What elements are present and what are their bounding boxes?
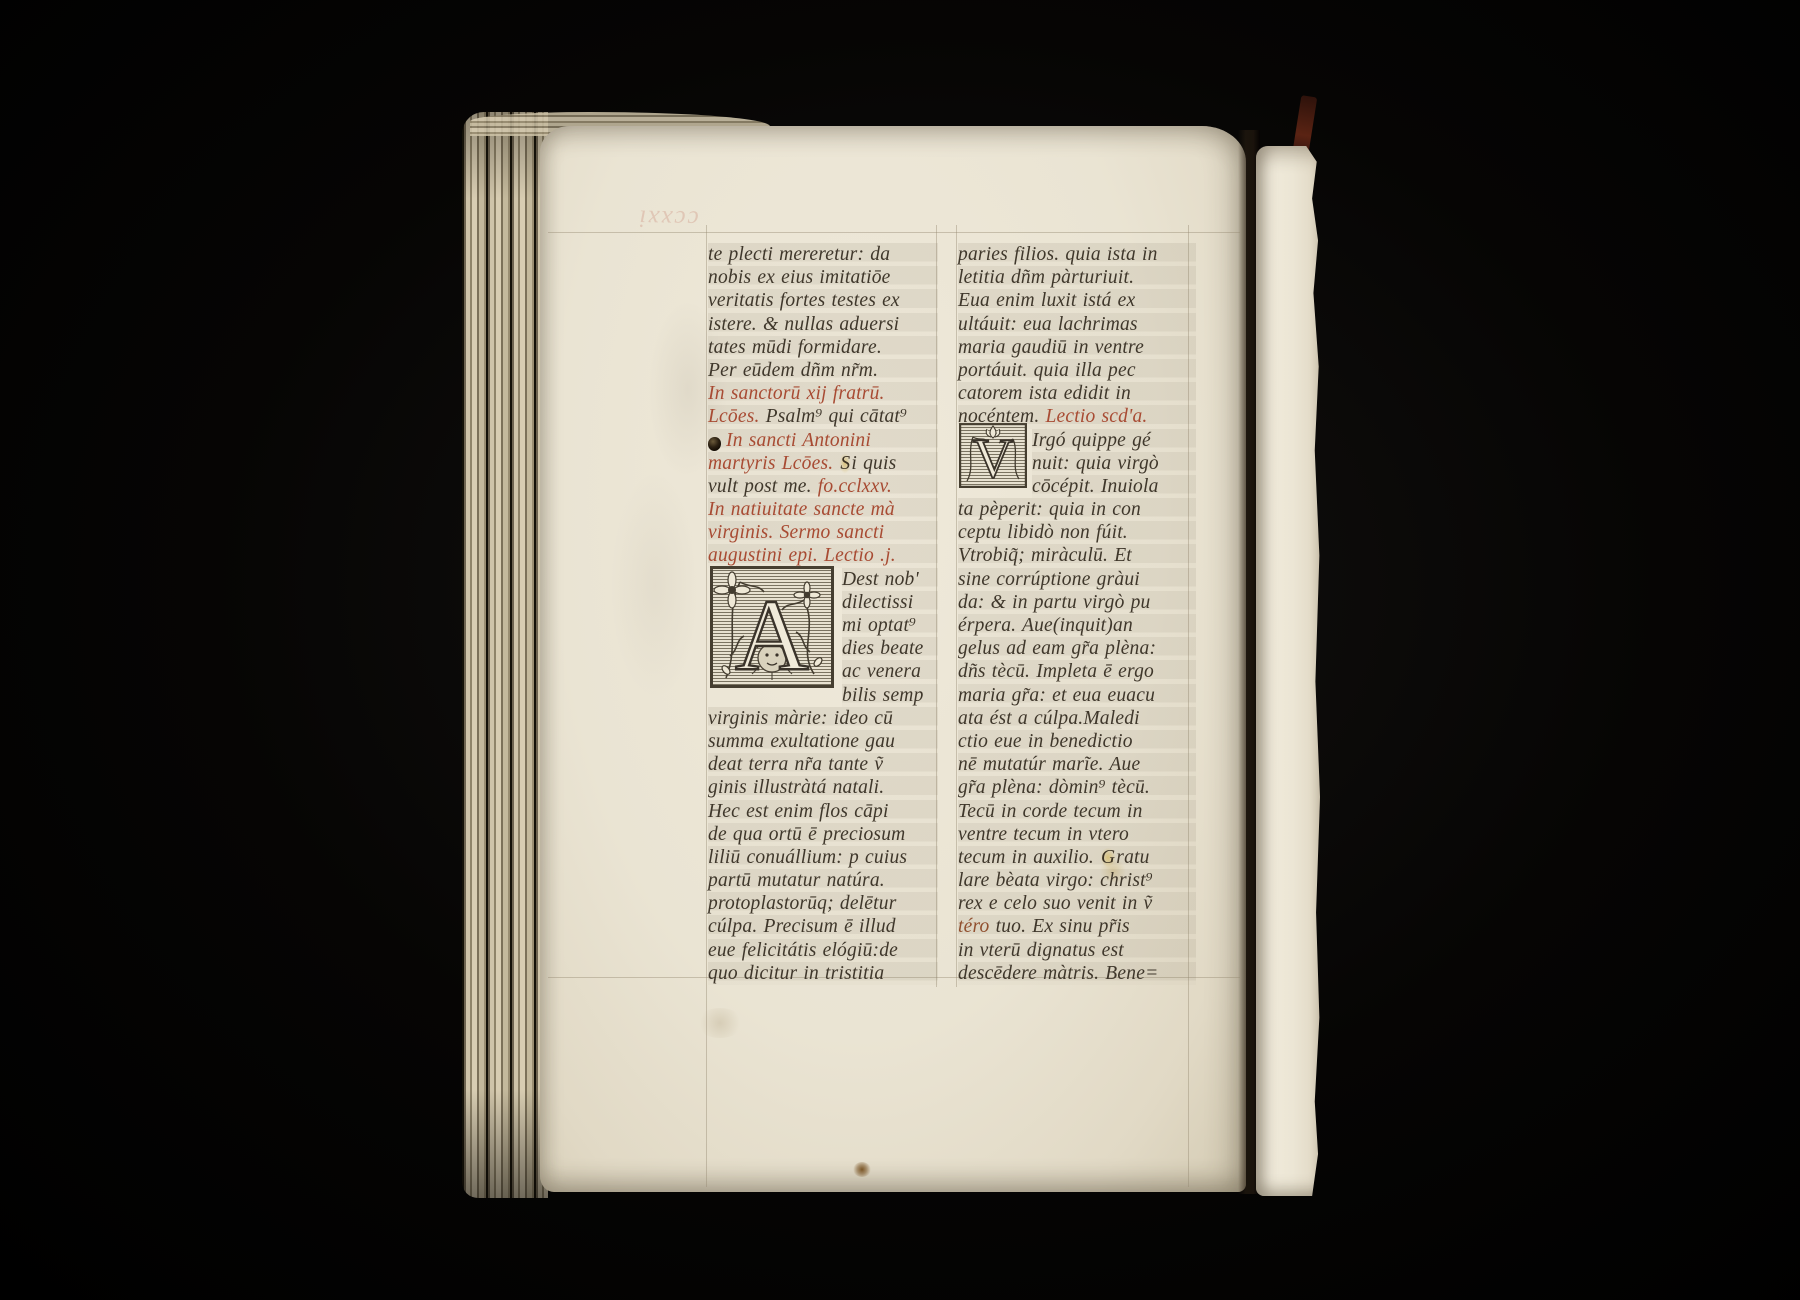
text-line: Lcōes. Psalm⁹ qui cātat⁹ — [708, 405, 938, 428]
text-line: descēdere màtris. Bene= — [958, 962, 1196, 985]
text-line: Tecū in corde tecum in — [958, 800, 1196, 823]
text-line: ta pèperit: quia in con — [958, 498, 1196, 521]
text-line: istere. & nullas aduersi — [708, 313, 938, 336]
text-segment: in vterū dignatus est — [958, 940, 1124, 961]
text-segment: In sanctorū xij fratrū. — [708, 383, 885, 404]
text-line: ultáuit: eua lachrimas — [958, 313, 1196, 336]
text-line: Hec est enim flos cāpi — [708, 800, 938, 823]
text-line: maria gaudiū in ventre — [958, 336, 1196, 359]
text-segment: Irgó quippe gé — [1032, 430, 1151, 451]
text-segment: nocéntem. — [958, 406, 1045, 427]
paragraph-mark: ¶ — [708, 437, 721, 451]
text-line: liliū conuállium: p cuius — [708, 846, 938, 869]
text-segment: liliū conuállium: p cuius — [708, 847, 907, 868]
text-line: érpera. Aue(inquit)an — [958, 614, 1196, 637]
page-stack-edges — [462, 112, 548, 1198]
text-segment: letitia dñm pàrturiuit. — [958, 267, 1134, 288]
text-segment: rex e celo suo venit in ṽ — [958, 893, 1152, 914]
ink-stain — [853, 1162, 871, 1177]
text-segment: ginis illustràtá natali. — [708, 777, 884, 798]
text-segment: Lcōes. — [708, 406, 766, 427]
text-line: portáuit. quia illa pec — [958, 359, 1196, 382]
text-segment: istere. & nullas aduersi — [708, 314, 899, 335]
text-segment: téro — [958, 916, 990, 937]
text-line: ctio eue in benedictio — [958, 730, 1196, 753]
text-segment: summa exultatione gau — [708, 731, 895, 752]
text-line: summa exultatione gau — [708, 730, 938, 753]
text-line: deat terra nr̃a tante ṽ — [708, 753, 938, 776]
text-line: vult post me. fo.cclxxv. — [708, 475, 938, 498]
text-segment: cōcépit. Inuiola — [1032, 476, 1159, 497]
text-segment: partū mutatur natúra. — [708, 870, 885, 891]
text-segment: paries filios. quia ista in — [958, 244, 1158, 265]
text-column-right: paries filios. quia ista inletitia dñm p… — [958, 243, 1196, 985]
text-segment: ultáuit: eua lachrimas — [958, 314, 1138, 335]
text-line: virginis màrie: ideo cū — [708, 707, 938, 730]
text-segment: augustini epi. Lectio .j. — [708, 545, 896, 566]
text-segment: de qua ortū ē preciosum — [708, 824, 905, 845]
text-line: mi optat⁹ — [842, 614, 938, 637]
text-segment: bilis semp — [842, 685, 924, 706]
text-segment: ratu — [1116, 847, 1149, 868]
next-page-fore-edge — [1256, 146, 1322, 1196]
text-line: ac venera — [842, 660, 938, 683]
text-segment: maria gr̃a: et eua euacu — [958, 685, 1155, 706]
text-segment: dñs tècū. Impleta ē ergo — [958, 661, 1154, 682]
text-segment: virginis màrie: ideo cū — [708, 708, 893, 729]
text-line: maria gr̃a: et eua euacu — [958, 684, 1196, 707]
text-segment: eue felicitátis elógiū:de — [708, 940, 898, 961]
text-segment: In natiuitate sancte mà — [708, 499, 895, 520]
text-line: rex e celo suo venit in ṽ — [958, 892, 1196, 915]
text-line: quo dicitur in tristitia — [708, 962, 938, 985]
text-line: Irgó quippe gé — [1032, 429, 1196, 452]
text-line: dilectissi — [842, 591, 938, 614]
text-line: te plecti mereretur: da — [708, 243, 938, 266]
text-line: protoplastorūq; delētur — [708, 892, 938, 915]
text-segment: ata ést a cúlpa.Maledi — [958, 708, 1140, 729]
text-segment: descēdere màtris. Bene= — [958, 963, 1158, 984]
text-line: ata ést a cúlpa.Maledi — [958, 707, 1196, 730]
text-segment: gr̃a plèna: dòmin⁹ tècū. — [958, 777, 1150, 798]
text-segment: Lectio scd'a. — [1045, 406, 1147, 427]
text-line: martyris Lcōes. Si quis — [708, 452, 938, 475]
text-line: virginis. Sermo sancti — [708, 521, 938, 544]
text-line: In sanctorū xij fratrū. — [708, 382, 938, 405]
text-line: cōcépit. Inuiola — [1032, 475, 1196, 498]
text-segment: dilectissi — [842, 592, 913, 613]
text-line: da: & in partu virgò pu — [958, 591, 1196, 614]
text-segment: mi optat⁹ — [842, 615, 916, 636]
text-segment: veritatis fortes testes ex — [708, 290, 900, 311]
text-line: ventre tecum in vtero — [958, 823, 1196, 846]
text-segment: ventre tecum in vtero — [958, 824, 1129, 845]
text-line: cúlpa. Precisum ē illud — [708, 915, 938, 938]
text-line: augustini epi. Lectio .j. — [708, 544, 938, 567]
text-segment: Psalm⁹ qui cātat⁹ — [766, 406, 907, 427]
text-line: nuit: quia virgò — [1032, 452, 1196, 475]
text-segment: catorem ista edidit in — [958, 383, 1131, 404]
text-segment: Eua enim luxit istá ex — [958, 290, 1135, 311]
text-segment: da: & in partu virgò pu — [958, 592, 1151, 613]
soft-stain — [696, 1008, 744, 1038]
text-line: eue felicitátis elógiū:de — [708, 939, 938, 962]
text-line: sine corrúptione gràui — [958, 568, 1196, 591]
ruling-line-top — [548, 232, 1240, 233]
text-segment: gelus ad eam gr̃a plèna: — [958, 638, 1156, 659]
text-segment: lare bèata virgo: christ⁹ — [958, 870, 1153, 891]
text-line: bilis semp — [842, 684, 938, 707]
text-line: ginis illustràtá natali. — [708, 776, 938, 799]
text-segment: portáuit. quia illa pec — [958, 360, 1136, 381]
text-segment: deat terra nr̃a tante ṽ — [708, 754, 883, 775]
text-column-left: te plecti mereretur: danobis ex eius imi… — [708, 243, 938, 985]
text-segment: virginis. Sermo sancti — [708, 522, 884, 543]
text-line: tates mūdi formidare. — [708, 336, 938, 359]
text-line: ceptu libidò non fúit. — [958, 521, 1196, 544]
text-segment: In sancti Antonini — [726, 430, 871, 451]
text-line: gr̃a plèna: dòmin⁹ tècū. — [958, 776, 1196, 799]
text-segment: nobis ex eius imitatiōe — [708, 267, 891, 288]
text-segment: sine corrúptione gràui — [958, 569, 1140, 590]
text-segment: G — [1100, 847, 1116, 868]
ruling-line-col2-left — [956, 225, 957, 987]
text-segment: ta pèperit: quia in con — [958, 499, 1141, 520]
text-segment: protoplastorūq; delētur — [708, 893, 897, 914]
text-segment: tates mūdi formidare. — [708, 337, 882, 358]
text-line: In natiuitate sancte mà — [708, 498, 938, 521]
text-segment: Per eūdem dñm nr̃m. — [708, 360, 878, 381]
text-segment: nē mutatúr marĩe. Aue — [958, 754, 1140, 775]
text-line: ¶In sancti Antonini — [708, 429, 938, 452]
text-segment: Hec est enim flos cāpi — [708, 801, 889, 822]
text-segment: quo dicitur in tristitia — [708, 963, 884, 984]
text-segment: i quis — [851, 453, 896, 474]
text-line: tecum in auxilio. Gratu — [958, 846, 1196, 869]
text-line: nē mutatúr marĩe. Aue — [958, 753, 1196, 776]
text-segment: ceptu libidò non fúit. — [958, 522, 1128, 543]
text-segment: ctio eue in benedictio — [958, 731, 1133, 752]
folio-number-show-through: ccxxi — [610, 201, 727, 233]
text-line: nocéntem. Lectio scd'a. — [958, 405, 1196, 428]
text-line: partū mutatur natúra. — [708, 869, 938, 892]
text-segment: cúlpa. Precisum ē illud — [708, 916, 896, 937]
text-segment: vult post me. — [708, 476, 818, 497]
text-line: téro tuo. Ex sinu pr̃is — [958, 915, 1196, 938]
text-line: veritatis fortes testes ex — [708, 289, 938, 312]
text-segment: érpera. Aue(inquit)an — [958, 615, 1133, 636]
text-line: Dest nob' — [842, 568, 938, 591]
text-segment: maria gaudiū in ventre — [958, 337, 1144, 358]
text-segment: martyris Lcōes. — [708, 453, 839, 474]
text-segment: tuo. Ex sinu pr̃is — [990, 916, 1130, 937]
text-line: letitia dñm pàrturiuit. — [958, 266, 1196, 289]
text-line: lare bèata virgo: christ⁹ — [958, 869, 1196, 892]
text-line: Eua enim luxit istá ex — [958, 289, 1196, 312]
text-segment: tecum in auxilio. — [958, 847, 1100, 868]
text-line: catorem ista edidit in — [958, 382, 1196, 405]
text-segment: ac venera — [842, 661, 921, 682]
text-segment: Tecū in corde tecum in — [958, 801, 1143, 822]
text-segment: nuit: quia virgò — [1032, 453, 1159, 474]
text-line: Per eūdem dñm nr̃m. — [708, 359, 938, 382]
text-segment: fo.cclxxv. — [818, 476, 892, 497]
text-segment: te plecti mereretur: da — [708, 244, 890, 265]
text-line: in vterū dignatus est — [958, 939, 1196, 962]
text-line: nobis ex eius imitatiōe — [708, 266, 938, 289]
text-line: dies beate — [842, 637, 938, 660]
text-line: dñs tècū. Impleta ē ergo — [958, 660, 1196, 683]
text-line: gelus ad eam gr̃a plèna: — [958, 637, 1196, 660]
text-line: Vtrobiq̃; miràculū. Et — [958, 544, 1196, 567]
show-through-smudge — [610, 470, 700, 700]
text-segment: Dest nob' — [842, 569, 919, 590]
text-segment: S — [839, 453, 851, 474]
text-line: de qua ortū ē preciosum — [708, 823, 938, 846]
text-line: paries filios. quia ista in — [958, 243, 1196, 266]
text-segment: dies beate — [842, 638, 924, 659]
text-segment: Vtrobiq̃; miràculū. Et — [958, 545, 1132, 566]
